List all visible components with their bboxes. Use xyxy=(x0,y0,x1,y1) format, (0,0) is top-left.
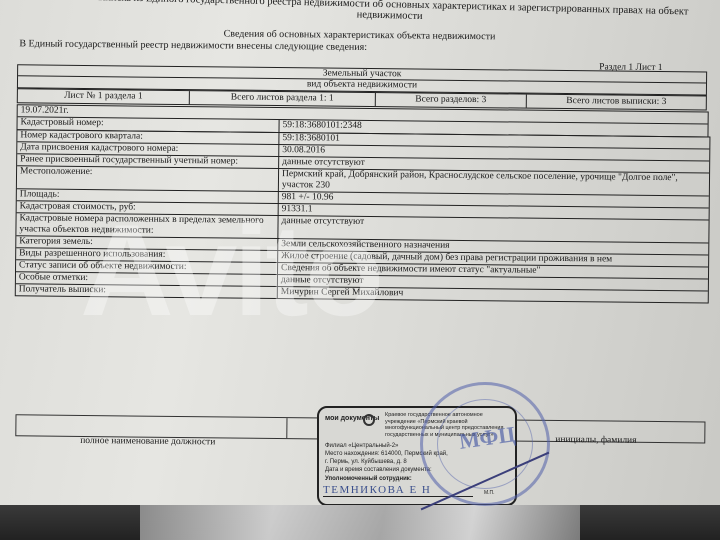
mfc-address: Место нахождения: 614000, Пермский край, xyxy=(325,450,511,458)
employee-label: Уполномоченный сотрудник: xyxy=(325,476,412,482)
mfc-datetime-label: Дата и время составления документа: xyxy=(325,466,511,474)
field-label: Местоположение: xyxy=(17,166,279,191)
mfc-stamp: мои документы Краевое государственное ав… xyxy=(317,406,517,506)
initials-caption: инициалы, фамилия xyxy=(555,435,636,446)
field-value: Пермский край, Добрянский район, Краснос… xyxy=(279,169,709,196)
mfc-details: Филиал «Центральный-2» Место нахождения:… xyxy=(325,442,511,474)
characteristics-table: Номер кадастрового квартала:59:18:368010… xyxy=(15,129,711,303)
field-label: Получатель выписки: xyxy=(16,284,278,298)
mfc-address-2: г. Пермь, ул. Куйбышева, д. 8 xyxy=(325,458,511,466)
field-label: Кадастровые номера расположенных в преде… xyxy=(16,213,278,238)
intro-text: В Единый государственный реестр недвижим… xyxy=(19,38,367,53)
document-header-title: Выписка из Единого государственного реес… xyxy=(80,0,700,29)
section-sheets-total: Всего листов раздела 1: 1 xyxy=(190,91,376,106)
plastic-wrap xyxy=(140,505,580,540)
sheet-number: Лист № 1 раздела 1 xyxy=(18,89,190,104)
sections-total: Всего разделов: 3 xyxy=(376,93,527,108)
plastic-sleeve xyxy=(0,505,720,540)
mfc-organization: Краевое государственное автономное учреж… xyxy=(385,412,513,438)
mp-label: М.П. xyxy=(484,490,495,496)
field-value: данные отсутствуют xyxy=(278,216,708,243)
mfc-branch: Филиал «Центральный-2» xyxy=(325,442,511,450)
mfc-logo-icon xyxy=(363,414,375,426)
extract-sheets-total: Всего листов выписки: 3 xyxy=(527,95,706,110)
position-caption: полное наименование должности xyxy=(80,436,215,447)
